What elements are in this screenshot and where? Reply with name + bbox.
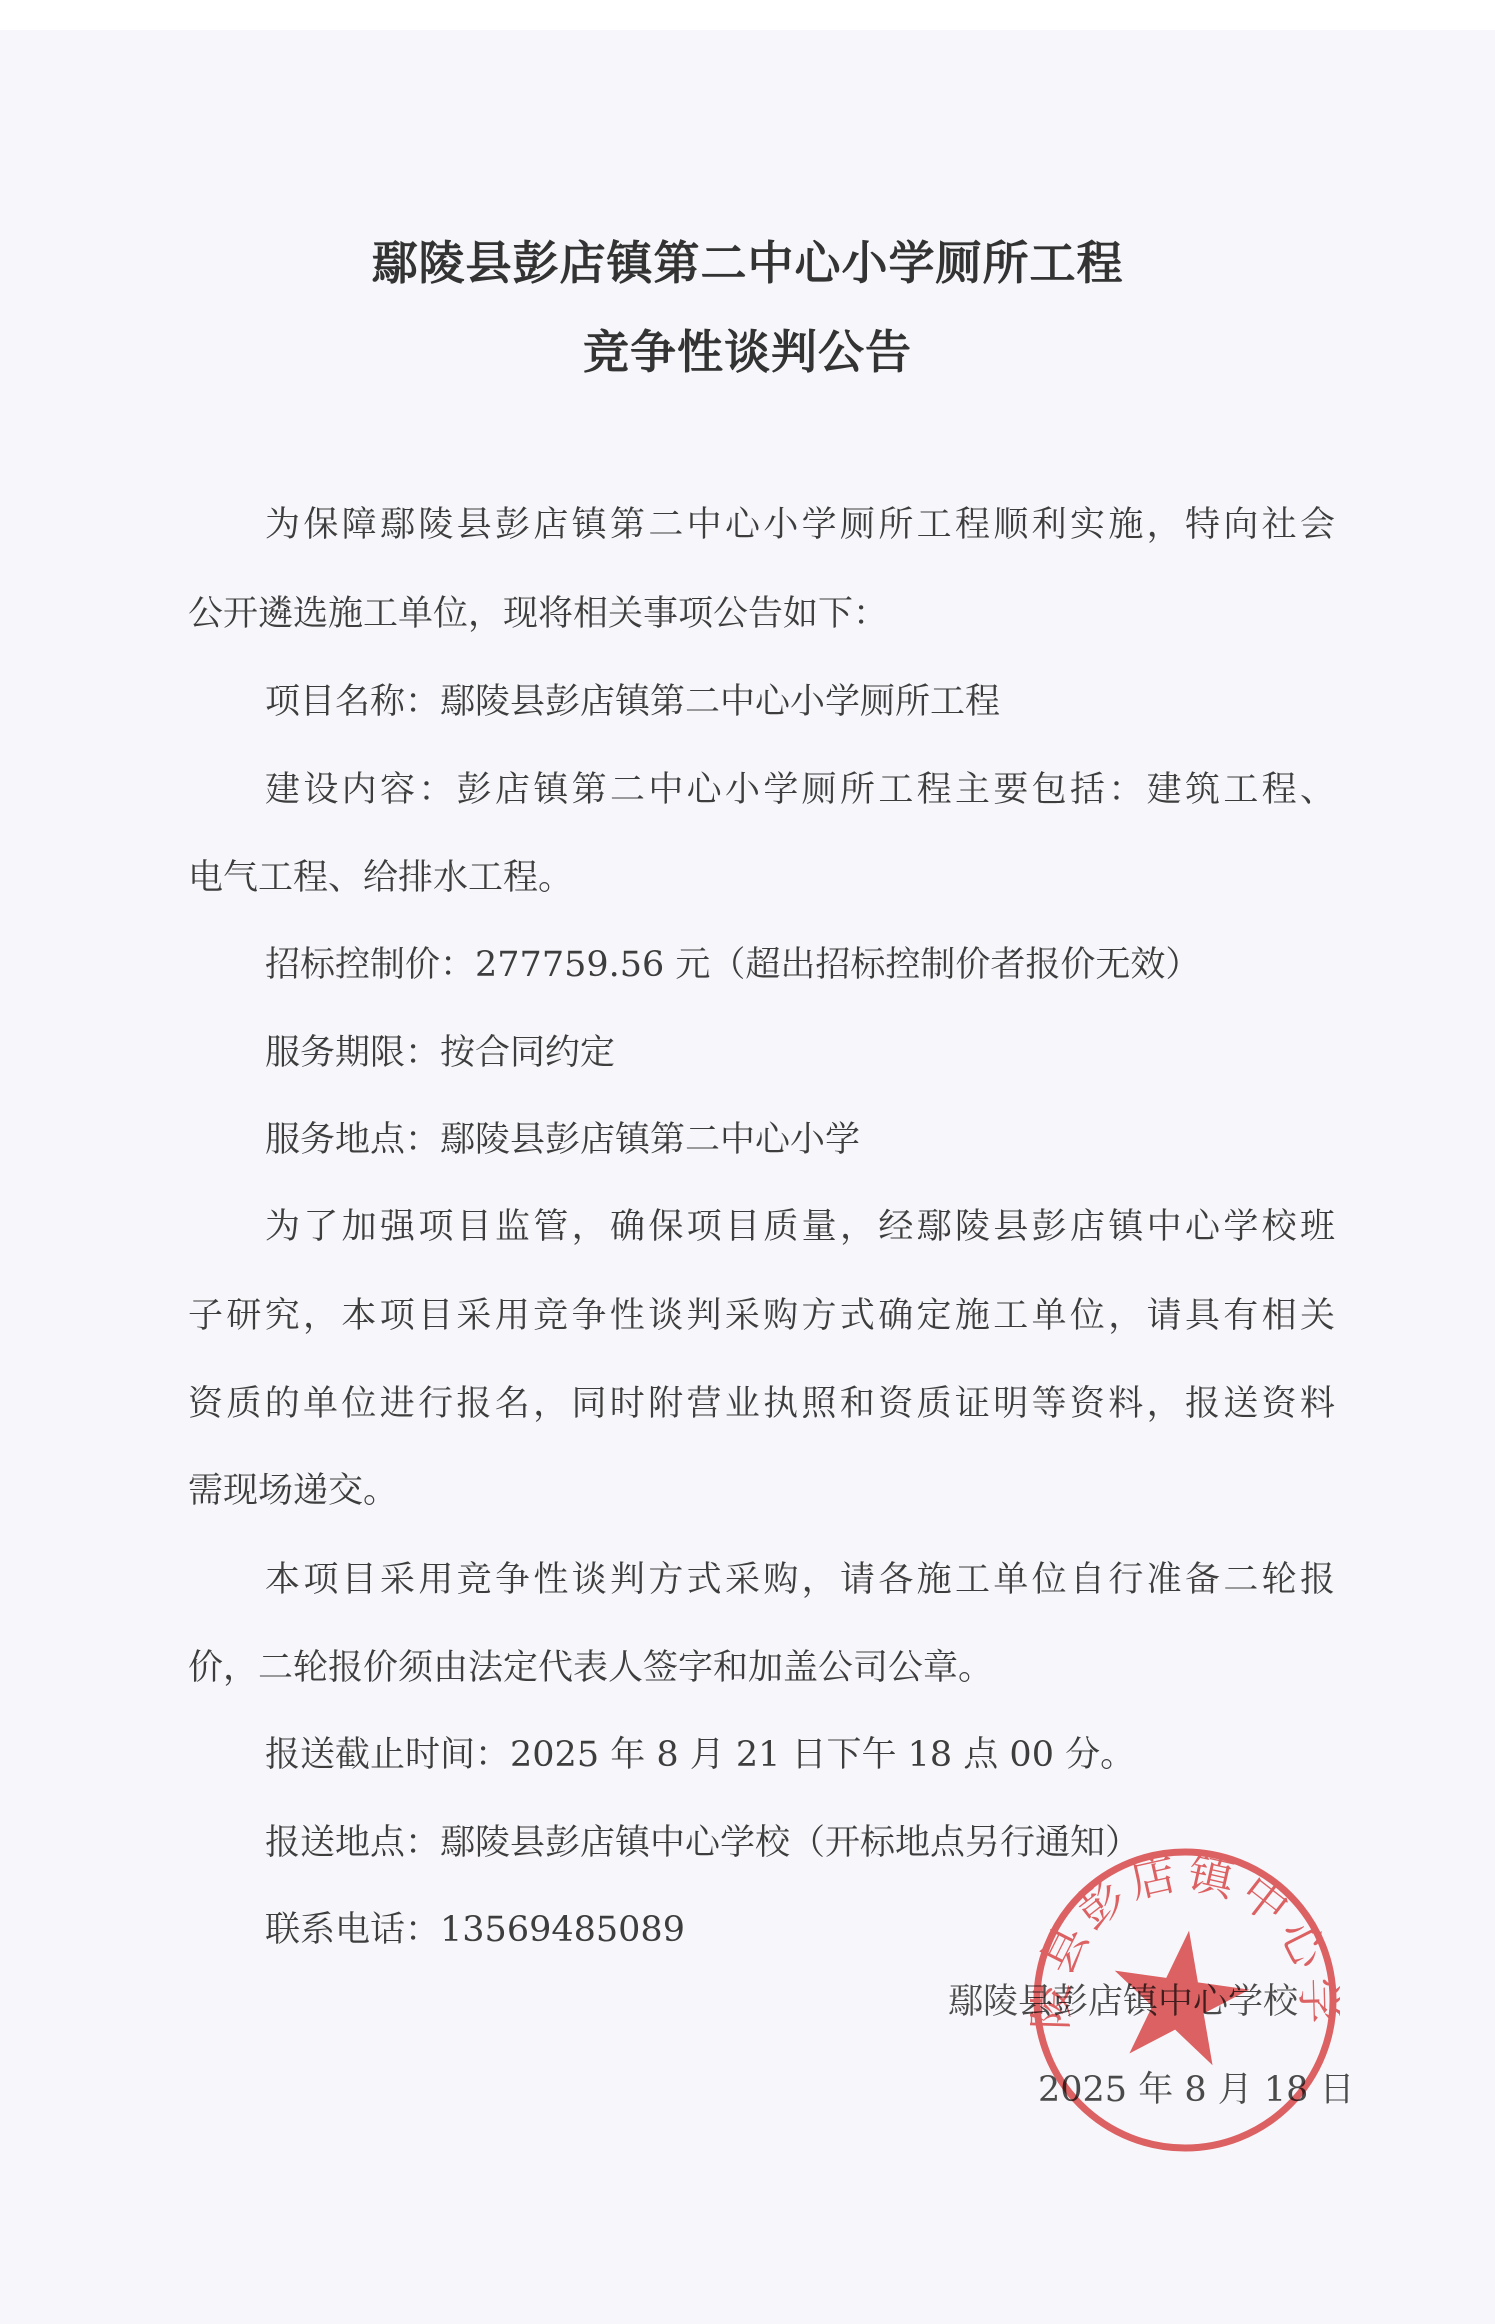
submit-location-field: 报送地点：鄢陵县彭店镇中心学校（开标地点另行通知） [265,1818,1140,1868]
construction-content-line-2: 电气工程、给排水工程。 [188,853,573,903]
supervision-line-2: 子研究，本项目采用竞争性谈判采购方式确定施工单位，请具有相关 [188,1291,1335,1341]
control-price-field: 招标控制价：277759.56 元（超出招标控制价者报价无效） [265,940,1200,990]
document-title-line-2: 竞争性谈判公告 [0,322,1495,382]
construction-content-line-1: 建设内容：彭店镇第二中心小学厕所工程主要包括：建筑工程、 [265,765,1335,815]
star-icon [1104,1921,1257,2069]
project-name-value: 鄢陵县彭店镇第二中心小学厕所工程 [440,682,1000,722]
submit-location-label: 报送地点： [265,1823,440,1863]
scan-top-margin [0,0,1495,30]
deadline-label: 报送截止时间： [265,1735,510,1775]
contact-phone-label: 联系电话： [265,1910,440,1950]
service-location-value: 鄢陵县彭店镇第二中心小学 [440,1120,860,1160]
quotation-line-1: 本项目采用竞争性谈判方式采购，请各施工单位自行准备二轮报 [265,1555,1335,1605]
contact-phone-value: 13569485089 [440,1910,685,1950]
deadline-value: 2025 年 8 月 21 日下午 18 点 00 分。 [510,1735,1135,1775]
official-seal-stamp: 鄢陵县彭店镇中心学校 [1030,1845,1340,2155]
service-location-field: 服务地点：鄢陵县彭店镇第二中心小学 [265,1115,860,1165]
intro-line-1: 为保障鄢陵县彭店镇第二中心小学厕所工程顺利实施，特向社会 [265,500,1335,550]
contact-phone-field: 联系电话：13569485089 [265,1905,685,1955]
project-name-field: 项目名称：鄢陵县彭店镇第二中心小学厕所工程 [265,677,1000,727]
service-period-label: 服务期限： [265,1033,440,1073]
control-price-value: 277759.56 元（超出招标控制价者报价无效） [475,945,1200,985]
project-name-label: 项目名称： [265,682,440,722]
document-title-line-1: 鄢陵县彭店镇第二中心小学厕所工程 [0,233,1495,293]
quotation-line-2: 价，二轮报价须由法定代表人签字和加盖公司公章。 [188,1643,993,1693]
deadline-field: 报送截止时间：2025 年 8 月 21 日下午 18 点 00 分。 [265,1730,1135,1780]
service-location-label: 服务地点： [265,1120,440,1160]
supervision-line-3: 资质的单位进行报名，同时附营业执照和资质证明等资料，报送资料 [188,1379,1335,1429]
control-price-label: 招标控制价： [265,945,475,985]
service-period-field: 服务期限：按合同约定 [265,1028,615,1078]
intro-line-2: 公开遴选施工单位，现将相关事项公告如下： [188,589,888,639]
supervision-line-1: 为了加强项目监管，确保项目质量，经鄢陵县彭店镇中心学校班 [265,1202,1335,1252]
service-period-value: 按合同约定 [440,1033,615,1073]
supervision-line-4: 需现场递交。 [188,1466,398,1516]
